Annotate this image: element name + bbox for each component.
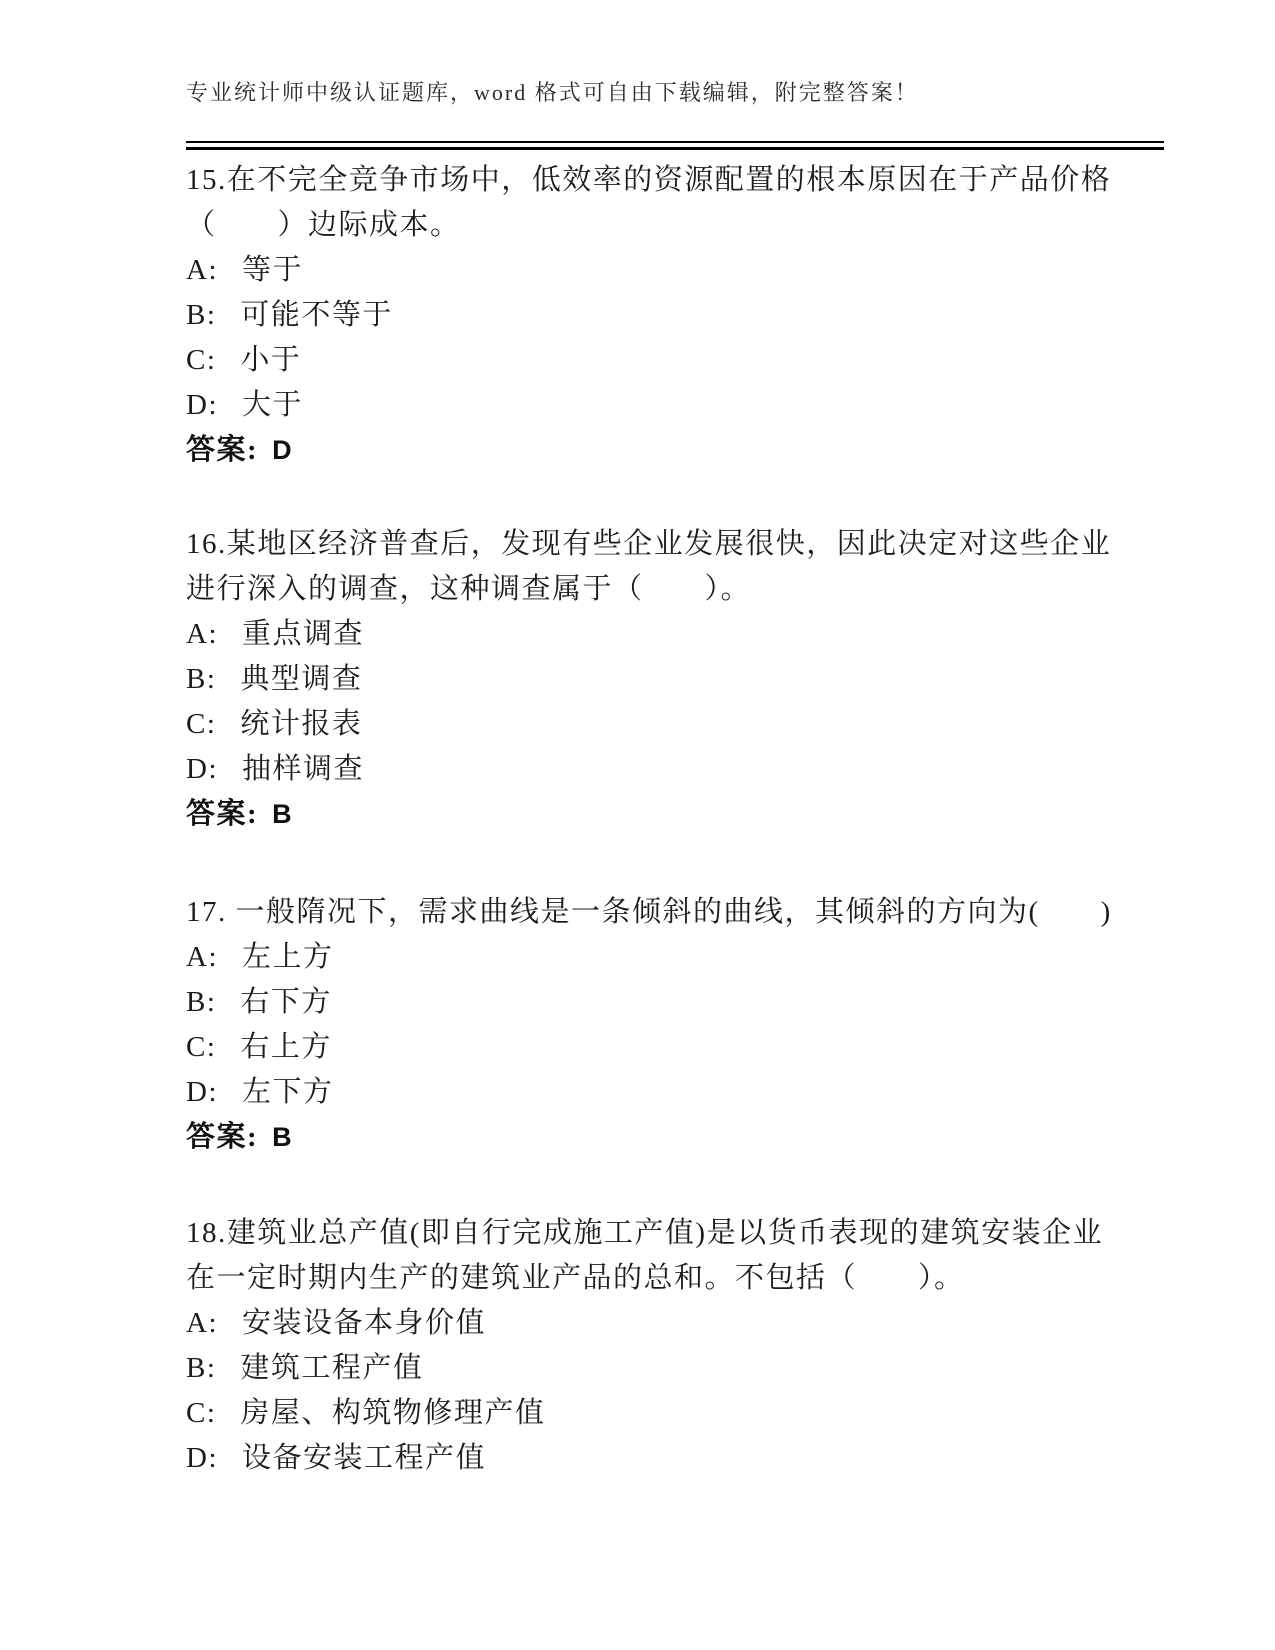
option-label: D: — [186, 389, 218, 421]
question-stem-line: 18.建筑业总产值(即自行完成施工产值)是以货币表现的建筑安装企业 — [186, 1211, 1186, 1256]
option-label: B: — [186, 1352, 216, 1384]
option-line-c: C:小于 — [186, 338, 1186, 383]
option-text: 建筑工程产值 — [240, 1352, 423, 1384]
option-line-d: D:设备安装工程产值 — [186, 1436, 1186, 1481]
option-text: 小于 — [240, 344, 301, 376]
option-text: 安装设备本身价值 — [242, 1307, 486, 1339]
option-line-c: C:房屋、构筑物修理产值 — [186, 1391, 1186, 1436]
option-text: 重点调查 — [242, 618, 364, 650]
question-stem-line: 进行深入的调查，这种调查属于（ ）。 — [186, 567, 1186, 612]
page-header: 专业统计师中级认证题库，word 格式可自由下载编辑，附完整答案！ — [186, 78, 1166, 108]
option-label: B: — [186, 663, 216, 695]
answer-value: D — [272, 435, 293, 465]
option-label: D: — [186, 1442, 218, 1474]
option-label: C: — [186, 708, 216, 740]
option-text: 左下方 — [242, 1076, 334, 1108]
option-line-b: B:典型调查 — [186, 657, 1186, 702]
option-line-b: B:右下方 — [186, 980, 1186, 1025]
option-line-d: D:抽样调查 — [186, 747, 1186, 792]
answer-line: 答案:B — [186, 792, 1186, 837]
option-line-a: A:重点调查 — [186, 612, 1186, 657]
option-text: 右上方 — [240, 1031, 332, 1063]
question-stem-line: （ ）边际成本。 — [186, 203, 1186, 248]
option-text: 统计报表 — [240, 708, 362, 740]
answer-value: B — [272, 1122, 293, 1152]
option-label: B: — [186, 299, 216, 331]
option-text: 抽样调查 — [242, 753, 364, 785]
option-text: 大于 — [242, 389, 303, 421]
question-stem-line: 在一定时期内生产的建筑业产品的总和。不包括（ ）。 — [186, 1256, 1186, 1301]
option-line-a: A:左上方 — [186, 935, 1186, 980]
option-label: D: — [186, 1076, 218, 1108]
option-line-d: D:大于 — [186, 383, 1186, 428]
option-line-c: C:右上方 — [186, 1025, 1186, 1070]
question-stem-line: 17. 一般隋况下，需求曲线是一条倾斜的曲线，其倾斜的方向为( ) — [186, 890, 1186, 935]
answer-line: 答案:B — [186, 1115, 1186, 1160]
question-17: 17. 一般隋况下，需求曲线是一条倾斜的曲线，其倾斜的方向为( ) A:左上方 … — [186, 890, 1186, 1160]
option-label: A: — [186, 1307, 218, 1339]
option-text: 等于 — [242, 254, 303, 286]
answer-line: 答案:D — [186, 428, 1186, 473]
header-divider — [186, 141, 1164, 150]
question-16: 16.某地区经济普查后，发现有些企业发展很快，因此决定对这些企业 进行深入的调查… — [186, 522, 1186, 837]
option-line-c: C:统计报表 — [186, 702, 1186, 747]
option-label: C: — [186, 344, 216, 376]
question-18: 18.建筑业总产值(即自行完成施工产值)是以货币表现的建筑安装企业 在一定时期内… — [186, 1211, 1186, 1481]
option-text: 左上方 — [242, 941, 334, 973]
answer-label: 答案: — [186, 434, 258, 466]
option-line-a: A:安装设备本身价值 — [186, 1301, 1186, 1346]
option-text: 可能不等于 — [240, 299, 393, 331]
answer-value: B — [272, 799, 293, 829]
option-line-b: B:建筑工程产值 — [186, 1346, 1186, 1391]
document-page: { "page": { "background": "#ffffff", "te… — [0, 0, 1275, 1650]
answer-label: 答案: — [186, 798, 258, 830]
option-label: A: — [186, 618, 218, 650]
option-label: A: — [186, 254, 218, 286]
option-line-d: D:左下方 — [186, 1070, 1186, 1115]
question-stem-line: 16.某地区经济普查后，发现有些企业发展很快，因此决定对这些企业 — [186, 522, 1186, 567]
option-line-a: A:等于 — [186, 248, 1186, 293]
option-label: D: — [186, 753, 218, 785]
option-text: 设备安装工程产值 — [242, 1442, 486, 1474]
option-label: C: — [186, 1397, 216, 1429]
option-label: A: — [186, 941, 218, 973]
option-text: 右下方 — [240, 986, 332, 1018]
answer-label: 答案: — [186, 1121, 258, 1153]
option-label: C: — [186, 1031, 216, 1063]
option-label: B: — [186, 986, 216, 1018]
option-text: 典型调查 — [240, 663, 362, 695]
option-line-b: B:可能不等于 — [186, 293, 1186, 338]
question-stem-line: 15.在不完全竞争市场中，低效率的资源配置的根本原因在于产品价格 — [186, 158, 1186, 203]
option-text: 房屋、构筑物修理产值 — [240, 1397, 545, 1429]
question-15: 15.在不完全竞争市场中，低效率的资源配置的根本原因在于产品价格 （ ）边际成本… — [186, 158, 1186, 473]
